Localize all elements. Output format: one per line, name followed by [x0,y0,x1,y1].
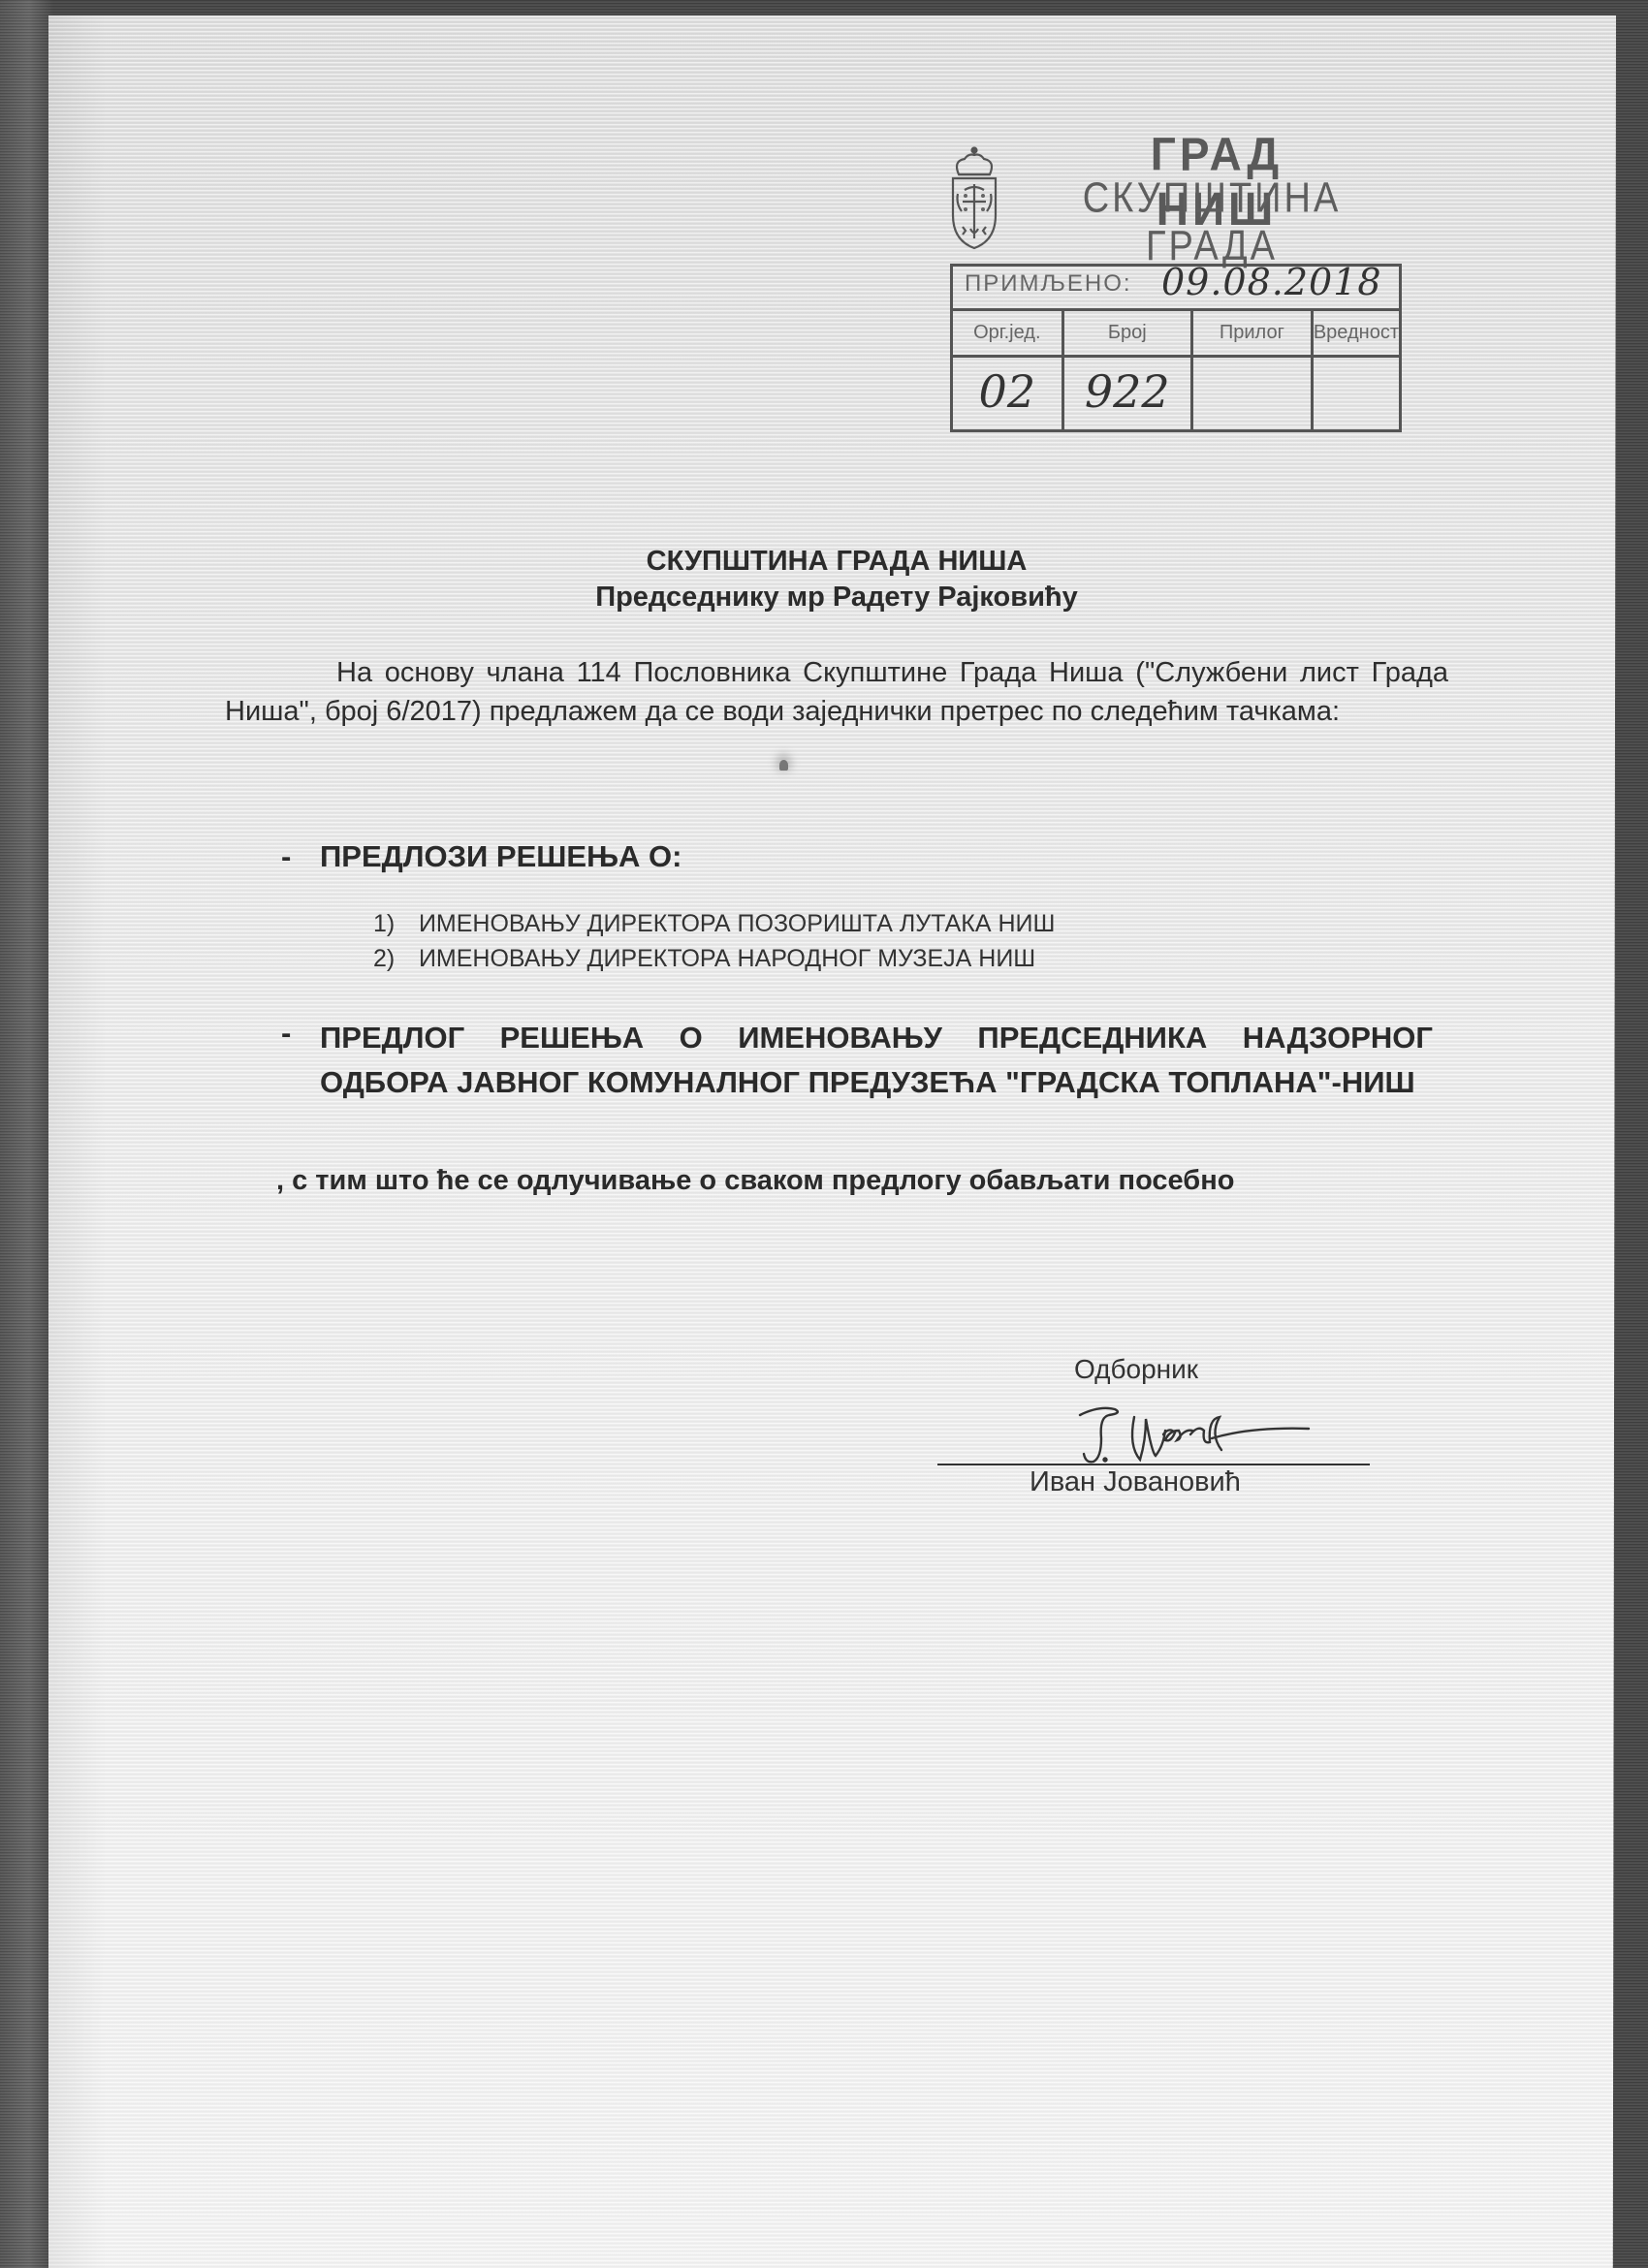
closing-remark: , с тим што ће се одлучивање о сваком пр… [276,1165,1234,1197]
stamp-grid: Орг.јед. 02 Број 922 Прилог Вредност [953,311,1399,429]
col-value: 922 [1064,358,1190,425]
sub-item-text: ИМЕНОВАЊУ ДИРЕКТОРА НАРОДНОГ МУЗЕЈА НИШ [419,945,1035,972]
stamp-col-number: Број 922 [1064,311,1193,429]
intro-paragraph: На основу члана 114 Пословника Скупштине… [225,653,1448,731]
sub-item-number: 2) [373,941,412,976]
col-header: Вредност [1314,311,1399,358]
stamp-assembly: СКУПШТИНА ГРАДА [1052,175,1372,271]
col-header: Прилог [1193,311,1311,358]
signature-line [937,1464,1370,1465]
handwritten-signature [1066,1396,1318,1473]
agenda-sublist: 1) ИМЕНОВАЊУ ДИРЕКТОРА ПОЗОРИШТА ЛУТАКА … [373,906,1055,976]
agenda-item-label: ПРЕДЛОГ РЕШЕЊА О ИМЕНОВАЊУ ПРЕДСЕДНИКА Н… [320,1016,1433,1105]
col-header: Орг.јед. [953,311,1062,358]
serbian-coat-of-arms-icon [945,145,1003,252]
stamp-registry-box: ПРИМЉЕНО: 09.08.2018 Орг.јед. 02 Број 92… [950,264,1402,432]
ink-smudge [779,760,788,771]
sub-item: 1) ИМЕНОВАЊУ ДИРЕКТОРА ПОЗОРИШТА ЛУТАКА … [373,906,1055,941]
recipient-person: Председнику мр Радету Рајковићу [225,582,1448,614]
col-header: Број [1064,311,1190,358]
sub-item-number: 1) [373,906,412,941]
bullet-dash: - [281,839,291,874]
registry-stamp: ГРАД НИШ СКУПШТИНА ГРАДА ПРИМЉЕНО: 09.08… [935,121,1478,431]
stamp-col-attachment: Прилог [1193,311,1314,429]
agenda-item-label: ПРЕДЛОЗИ РЕШЕЊА О: [320,839,681,874]
bullet-dash: - [281,1016,291,1051]
col-value: 02 [953,358,1062,425]
received-label: ПРИМЉЕНО: [965,270,1132,298]
stamp-received-row: ПРИМЉЕНО: 09.08.2018 [953,267,1399,311]
signatory-title: Одборник [1074,1354,1198,1385]
stamp-col-value: Вредност [1314,311,1399,429]
recipient-org: СКУПШТИНА ГРАДА НИША [225,546,1448,578]
stamp-col-org-unit: Орг.јед. 02 [953,311,1064,429]
received-date: 09.08.2018 [1161,261,1382,303]
signatory-name: Иван Јовановић [1030,1466,1241,1498]
sub-item-text: ИМЕНОВАЊУ ДИРЕКТОРА ПОЗОРИШТА ЛУТАКА НИШ [419,910,1055,937]
sub-item: 2) ИМЕНОВАЊУ ДИРЕКТОРА НАРОДНОГ МУЗЕЈА Н… [373,941,1055,976]
